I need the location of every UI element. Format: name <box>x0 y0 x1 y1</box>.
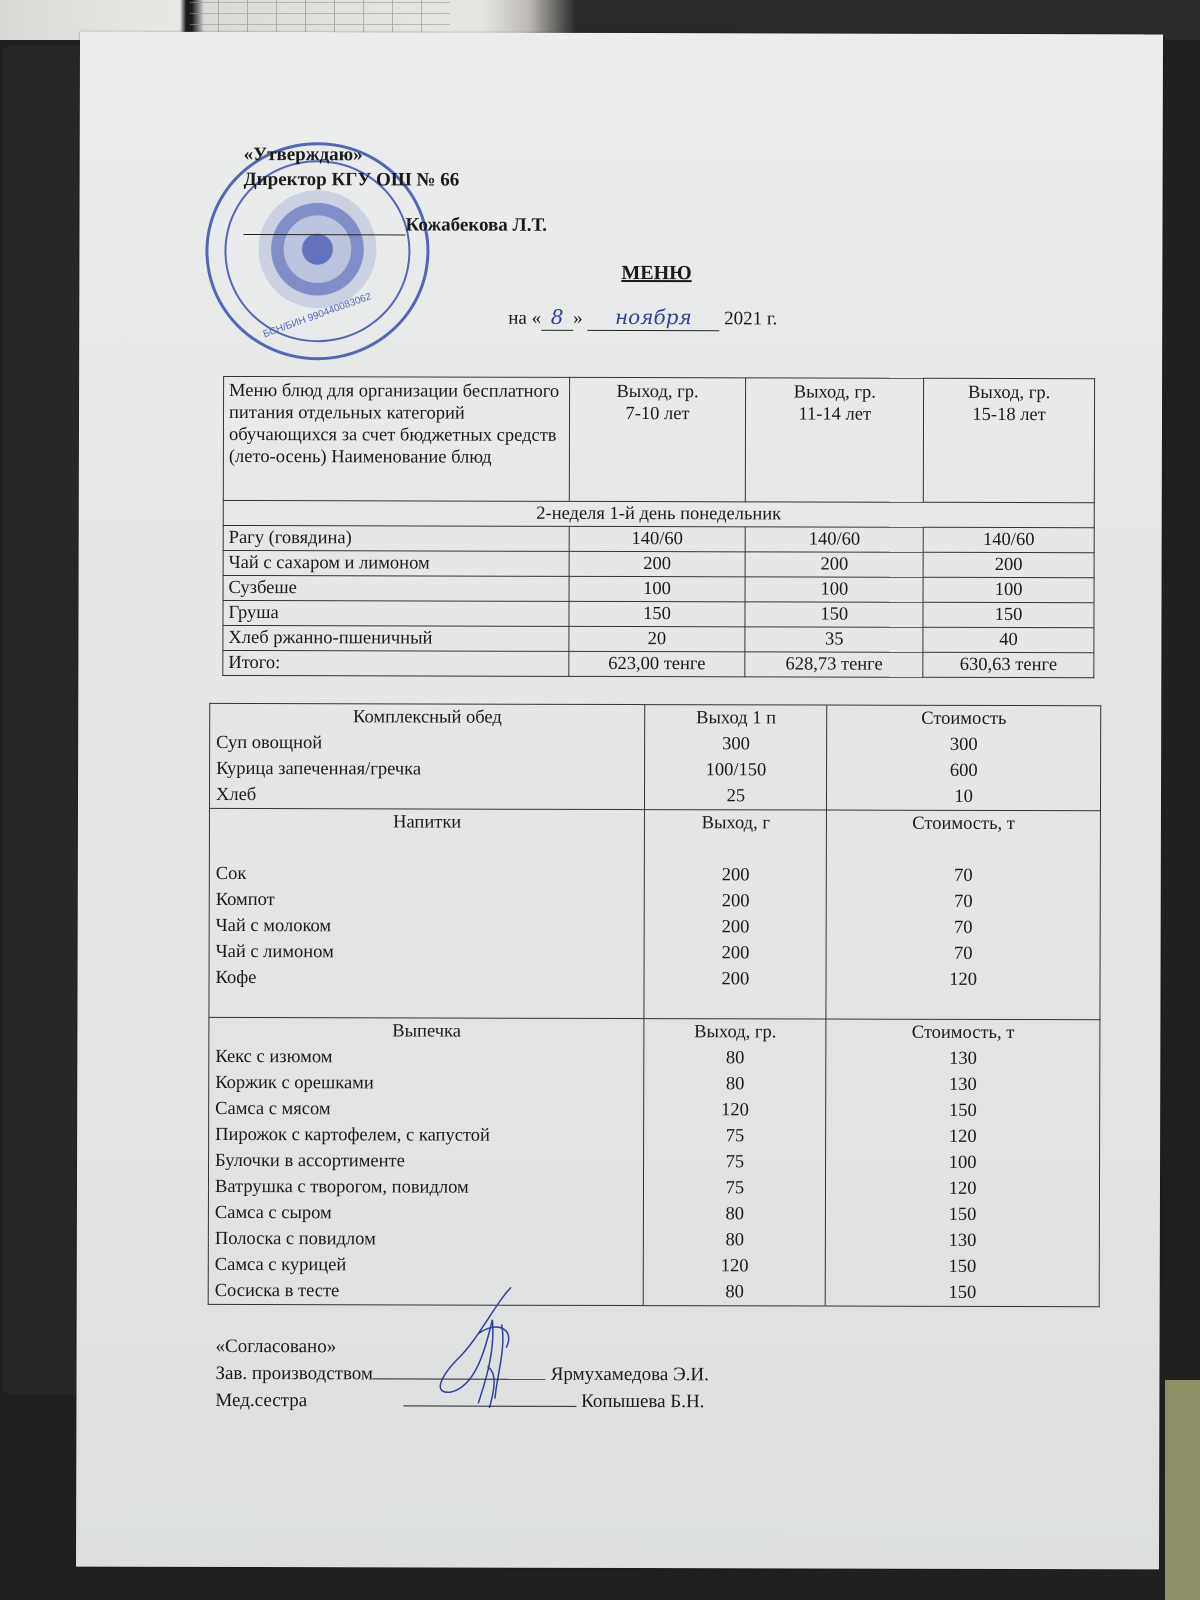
item-price: 120 <box>832 1176 1093 1203</box>
binder-edge <box>2 45 82 1395</box>
signer-role: Мед.сестра <box>215 1388 403 1414</box>
table-row: Рагу (говядина) 140/60 140/60 140/60 <box>223 525 1094 552</box>
dish-value: 100 <box>923 577 1094 602</box>
item-name: Суп овощной <box>216 730 639 757</box>
agreed-label: «Согласовано» <box>216 1334 709 1361</box>
paid-menu-table: Комплексный обедСуп овощнойКурица запече… <box>208 703 1102 1307</box>
signer-row: Зав. производством Ярмухамедова Э.И. <box>215 1360 708 1388</box>
item-name: Самса с курицей <box>215 1252 638 1279</box>
item-price: 10 <box>833 784 1094 811</box>
table-header-row: Меню блюд для организации бесплатного пи… <box>223 376 1094 502</box>
table-row: Сузбеше 100 100 100 <box>223 575 1094 602</box>
dish-name: Чай с сахаром и лимоном <box>223 550 569 576</box>
signer-name: Ярмухамедова Э.И. <box>551 1364 709 1385</box>
free-meals-table: Меню блюд для организации бесплатного пи… <box>222 376 1095 678</box>
item-output: 80 <box>651 1071 820 1097</box>
section-prices: Стоимость30060010 <box>827 705 1101 811</box>
item-output: 80 <box>651 1045 820 1071</box>
section-outputs: Выход, гр.8080120757575808012080 <box>644 1019 827 1306</box>
day-label-row: 2-неделя 1-й день понедельник <box>223 500 1094 527</box>
section-prices: Стоимость, т 70707070120 <box>826 810 1100 1020</box>
item-output: 80 <box>650 1201 819 1227</box>
signer-role: Зав. производством <box>215 1363 373 1384</box>
dish-value: 200 <box>923 552 1094 577</box>
approved-label: «Утверждаю» <box>244 142 460 168</box>
column-header: Выход, г <box>651 810 820 836</box>
total-value: 628,73 тенге <box>745 652 923 677</box>
item-output: 300 <box>652 731 821 757</box>
item-price: 150 <box>832 1254 1093 1281</box>
item-output: 200 <box>651 940 820 966</box>
dish-value: 100 <box>569 576 746 601</box>
item-name: Чай с молоком <box>216 913 639 940</box>
column-header: Стоимость <box>833 706 1094 733</box>
agreement-block: «Согласовано» Зав. производством Ярмухам… <box>215 1334 709 1415</box>
background-sheet <box>190 0 450 35</box>
item-name: Ватрушка с творогом, повидлом <box>215 1174 638 1201</box>
date-day: 8 <box>551 305 564 329</box>
item-output: 25 <box>651 783 820 809</box>
item-name: Самса с мясом <box>215 1096 638 1123</box>
spacer <box>833 993 1094 1020</box>
section-names: Напитки СокКомпотЧай с молокомЧай с лимо… <box>209 808 645 1018</box>
item-price: 130 <box>833 1046 1094 1073</box>
date-year: 2021 г. <box>724 308 777 329</box>
item-output: 120 <box>650 1253 819 1279</box>
total-label: Итого: <box>223 650 569 676</box>
dish-value: 200 <box>569 551 746 576</box>
signature-line <box>403 1387 576 1406</box>
item-output: 75 <box>651 1123 820 1149</box>
item-name: Кекс с изюмом <box>215 1044 638 1071</box>
section-prices: Стоимость, т1301301501201001201501301501… <box>825 1019 1099 1307</box>
dish-value: 140/60 <box>569 526 746 551</box>
dish-name: Груша <box>223 600 569 626</box>
item-price: 120 <box>833 967 1094 994</box>
table-row: Чай с сахаром и лимоном 200 200 200 <box>223 550 1094 577</box>
section-block: Комплексный обедСуп овощнойКурица запече… <box>209 703 1100 810</box>
item-output: 75 <box>650 1175 819 1201</box>
item-name: Курица запеченная/гречка <box>216 756 639 783</box>
section-title: Комплексный обед <box>216 704 639 731</box>
item-price: 70 <box>833 863 1094 890</box>
dish-value: 140/60 <box>746 527 924 552</box>
item-name: Чай с лимоном <box>216 939 639 966</box>
section-title: Выпечка <box>215 1018 638 1045</box>
approval-block: «Утверждаю» Директор КГУ ОШ № 66 Кожабек… <box>244 142 460 193</box>
section-title: Напитки <box>216 809 639 836</box>
item-price: 600 <box>833 758 1094 785</box>
dish-value: 40 <box>923 627 1094 652</box>
dish-name: Рагу (говядина) <box>223 525 569 551</box>
column-header: Выход 1 п <box>652 705 821 731</box>
menu-date: на «8» ноября 2021 г. <box>508 305 777 332</box>
header-dish-name: Меню блюд для организации бесплатного пи… <box>223 376 569 501</box>
dish-value: 140/60 <box>923 527 1094 552</box>
section-names: Комплексный обедСуп овощнойКурица запече… <box>209 703 645 809</box>
item-price: 300 <box>833 732 1094 759</box>
item-output: 120 <box>651 1097 820 1123</box>
dish-value: 150 <box>923 602 1094 627</box>
section-block: Напитки СокКомпотЧай с молокомЧай с лимо… <box>209 808 1101 1019</box>
item-price: 130 <box>832 1228 1093 1255</box>
date-prefix: на « <box>508 308 541 329</box>
header-col-15-18: Выход, гр.15-18 лет <box>923 378 1094 502</box>
item-name: Полоска с повидлом <box>215 1226 638 1253</box>
total-value: 623,00 тенге <box>568 651 745 676</box>
dish-name: Сузбеше <box>223 575 569 601</box>
item-price: 150 <box>832 1098 1093 1125</box>
header-col-11-14: Выход, гр.11-14 лет <box>746 378 924 502</box>
total-row: Итого: 623,00 тенге 628,73 тенге 630,63 … <box>223 650 1094 677</box>
stamp-bin-text: БСН/БИН 990440083062 <box>262 291 373 340</box>
item-name: Коржик с орешками <box>215 1070 638 1097</box>
day-label: 2-неделя 1-й день понедельник <box>223 500 1094 527</box>
item-price: 150 <box>832 1202 1093 1229</box>
dish-value: 150 <box>745 602 923 627</box>
spacer <box>651 836 820 862</box>
column-header: Выход, гр. <box>651 1019 820 1045</box>
spacer <box>215 991 638 1018</box>
signer-name: Копышева Б.Н. <box>581 1391 704 1412</box>
dish-value: 200 <box>745 552 923 577</box>
item-name: Пирожок с картофелем, с капустой <box>215 1122 638 1149</box>
header-col-7-10: Выход, гр.7-10 лет <box>569 377 746 501</box>
item-name: Кофе <box>216 965 639 992</box>
menu-document: БСН/БИН 990440083062 «Утверждаю» Директо… <box>76 32 1163 1570</box>
dish-value: 150 <box>569 601 746 626</box>
item-output: 100/150 <box>652 757 821 783</box>
dish-value: 35 <box>745 627 923 652</box>
item-price: 120 <box>832 1124 1093 1151</box>
section-names: ВыпечкаКекс с изюмомКоржик с орешкамиСам… <box>208 1017 644 1305</box>
item-output: 200 <box>651 966 820 992</box>
item-price: 130 <box>833 1072 1094 1099</box>
background-right-strip <box>1165 1380 1200 1600</box>
page-title: МЕНЮ <box>621 262 691 285</box>
spacer <box>833 837 1094 864</box>
spacer <box>651 992 820 1018</box>
date-middle: » <box>573 308 583 329</box>
section-block: ВыпечкаКекс с изюмомКоржик с орешкамиСам… <box>208 1017 1100 1306</box>
dish-value: 100 <box>745 577 923 602</box>
section-outputs: Выход, г 200200200200200 <box>644 810 826 1019</box>
item-price: 70 <box>833 941 1094 968</box>
item-price: 100 <box>832 1150 1093 1177</box>
signer-row: Мед.сестра Копышева Б.Н. <box>215 1387 708 1415</box>
column-header: Стоимость, т <box>833 1020 1094 1047</box>
item-name: Булочки в ассортименте <box>215 1148 638 1175</box>
spacer <box>216 835 639 862</box>
item-name: Сок <box>216 861 639 888</box>
item-name: Самса с сыром <box>215 1200 638 1227</box>
dish-value: 20 <box>568 626 745 651</box>
item-price: 150 <box>832 1280 1093 1307</box>
item-output: 200 <box>651 888 820 914</box>
item-price: 70 <box>833 889 1094 916</box>
dish-name: Хлеб ржанно-пшеничный <box>223 625 569 651</box>
item-output: 200 <box>651 914 820 940</box>
item-name: Компот <box>216 887 639 914</box>
table-row: Груша 150 150 150 <box>223 600 1094 627</box>
total-value: 630,63 тенге <box>923 652 1094 677</box>
date-month: ноября <box>615 305 692 329</box>
item-output: 75 <box>650 1149 819 1175</box>
director-name: Кожабекова Л.Т. <box>405 212 547 237</box>
item-price: 70 <box>833 915 1094 942</box>
item-output: 200 <box>651 862 820 888</box>
item-output: 80 <box>650 1227 819 1253</box>
column-header: Стоимость, т <box>833 811 1094 838</box>
director-title: Директор КГУ ОШ № 66 <box>244 167 460 193</box>
section-outputs: Выход 1 п300100/15025 <box>645 705 827 810</box>
signature-line <box>373 1360 546 1379</box>
item-output: 80 <box>650 1279 819 1305</box>
table-row: Хлеб ржанно-пшеничный 20 35 40 <box>223 625 1094 652</box>
item-name: Хлеб <box>216 782 639 809</box>
